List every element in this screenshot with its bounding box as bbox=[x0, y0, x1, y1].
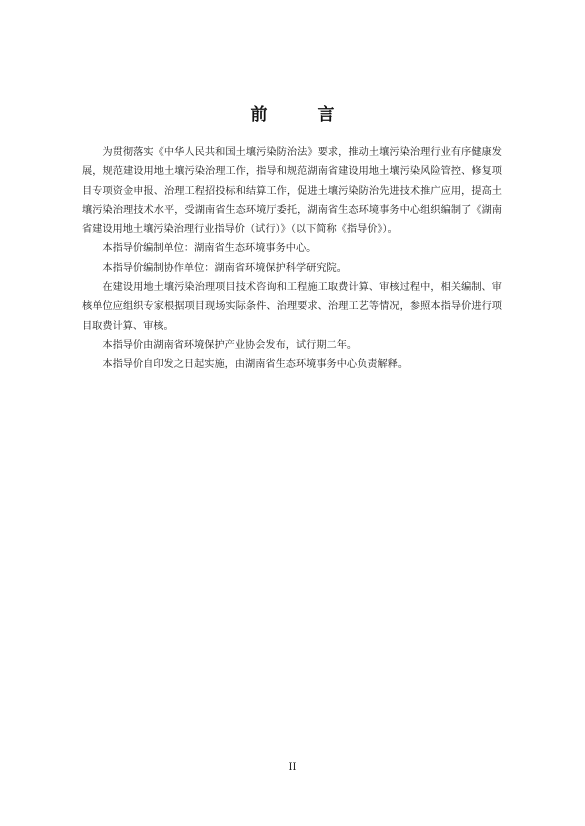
paragraph-usage: 在建设用地土壤污染治理项目技术咨询和工程施工取费计算、审核过程中，相关编制、审核… bbox=[82, 278, 502, 336]
paragraph-compiler: 本指导价编制单位：湖南省生态环境事务中心。 bbox=[82, 239, 502, 258]
paragraph-publisher: 本指导价由湖南省环境保护产业协会发布，试行期二年。 bbox=[82, 336, 502, 355]
document-page: 前 言 为贯彻落实《中华人民共和国土壤污染防治法》要求，推动土壤污染治理行业有序… bbox=[0, 0, 585, 826]
preface-body: 为贯彻落实《中华人民共和国土壤污染防治法》要求，推动土壤污染治理行业有序健康发展… bbox=[82, 143, 502, 375]
page-title: 前 言 bbox=[0, 100, 585, 125]
paragraph-purpose: 为贯彻落实《中华人民共和国土壤污染防治法》要求，推动土壤污染治理行业有序健康发展… bbox=[82, 143, 502, 239]
paragraph-effective: 本指导价自印发之日起实施，由湖南省生态环境事务中心负责解释。 bbox=[82, 355, 502, 374]
paragraph-collaborator: 本指导价编制协作单位：湖南省环境保护科学研究院。 bbox=[82, 259, 502, 278]
page-number: II bbox=[0, 762, 585, 773]
